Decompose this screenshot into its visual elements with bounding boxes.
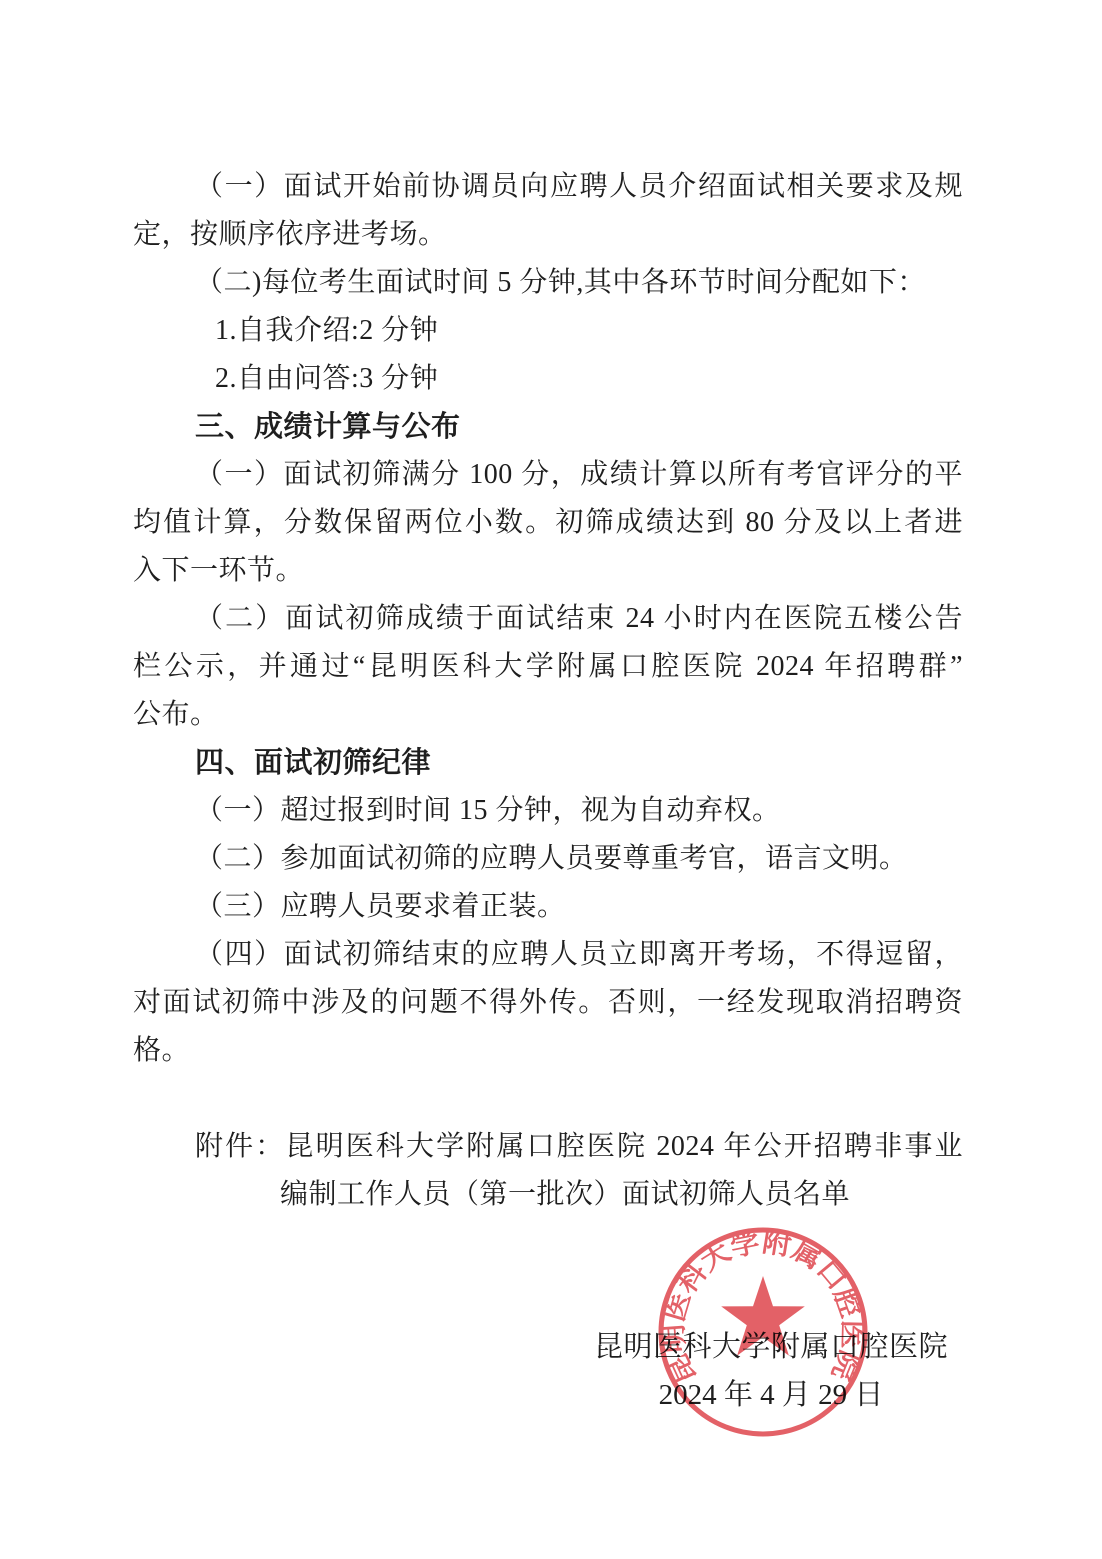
blank-line — [133, 1075, 963, 1123]
section-heading-4: 四、面试初筛纪律 — [133, 739, 963, 787]
para-1-line-1: （一）面试开始前协调员向应聘人员介绍面试相关要求及规 — [133, 163, 963, 211]
para-1-line-2: 定，按顺序依序进考场。 — [133, 211, 963, 259]
list-item-1: 1.自我介绍:2 分钟 — [133, 307, 963, 355]
seal-star-icon — [721, 1276, 805, 1356]
para-3-line-3: 入下一环节。 — [133, 547, 963, 595]
rule-4-line-2: 对面试初筛中涉及的问题不得外传。否则，一经发现取消招聘资 — [133, 979, 963, 1027]
para-4-line-1: （二）面试初筛成绩于面试结束 24 小时内在医院五楼公告 — [133, 595, 963, 643]
para-4-line-2: 栏公示，并通过“昆明医科大学附属口腔医院 2024 年招聘群” — [133, 643, 963, 691]
section-heading-3: 三、成绩计算与公布 — [133, 403, 963, 451]
rule-4-line-3: 格。 — [133, 1027, 963, 1075]
rule-4-line-1: （四）面试初筛结束的应聘人员立即离开考场，不得逗留， — [133, 931, 963, 979]
rule-2: （二）参加面试初筛的应聘人员要尊重考官，语言文明。 — [133, 835, 963, 883]
attachment-line-1: 附件：昆明医科大学附属口腔医院 2024 年公开招聘非事业 — [133, 1123, 963, 1171]
rule-1: （一）超过报到时间 15 分钟，视为自动弃权。 — [133, 787, 963, 835]
para-4-line-3: 公布。 — [133, 691, 963, 739]
official-seal-stamp: 昆明医科大学附属口腔医院 — [633, 1202, 893, 1462]
document-page: （一）面试开始前协调员向应聘人员介绍面试相关要求及规定，按顺序依序进考场。（二)… — [0, 0, 1102, 1559]
document-body: （一）面试开始前协调员向应聘人员介绍面试相关要求及规定，按顺序依序进考场。（二)… — [133, 163, 963, 1219]
para-3-line-2: 均值计算，分数保留两位小数。初筛成绩达到 80 分及以上者进 — [133, 499, 963, 547]
para-3-line-1: （一）面试初筛满分 100 分，成绩计算以所有考官评分的平 — [133, 451, 963, 499]
list-item-2: 2.自由问答:3 分钟 — [133, 355, 963, 403]
para-2-line-1: （二)每位考生面试时间 5 分钟,其中各环节时间分配如下： — [133, 259, 963, 307]
rule-3: （三）应聘人员要求着正装。 — [133, 883, 963, 931]
